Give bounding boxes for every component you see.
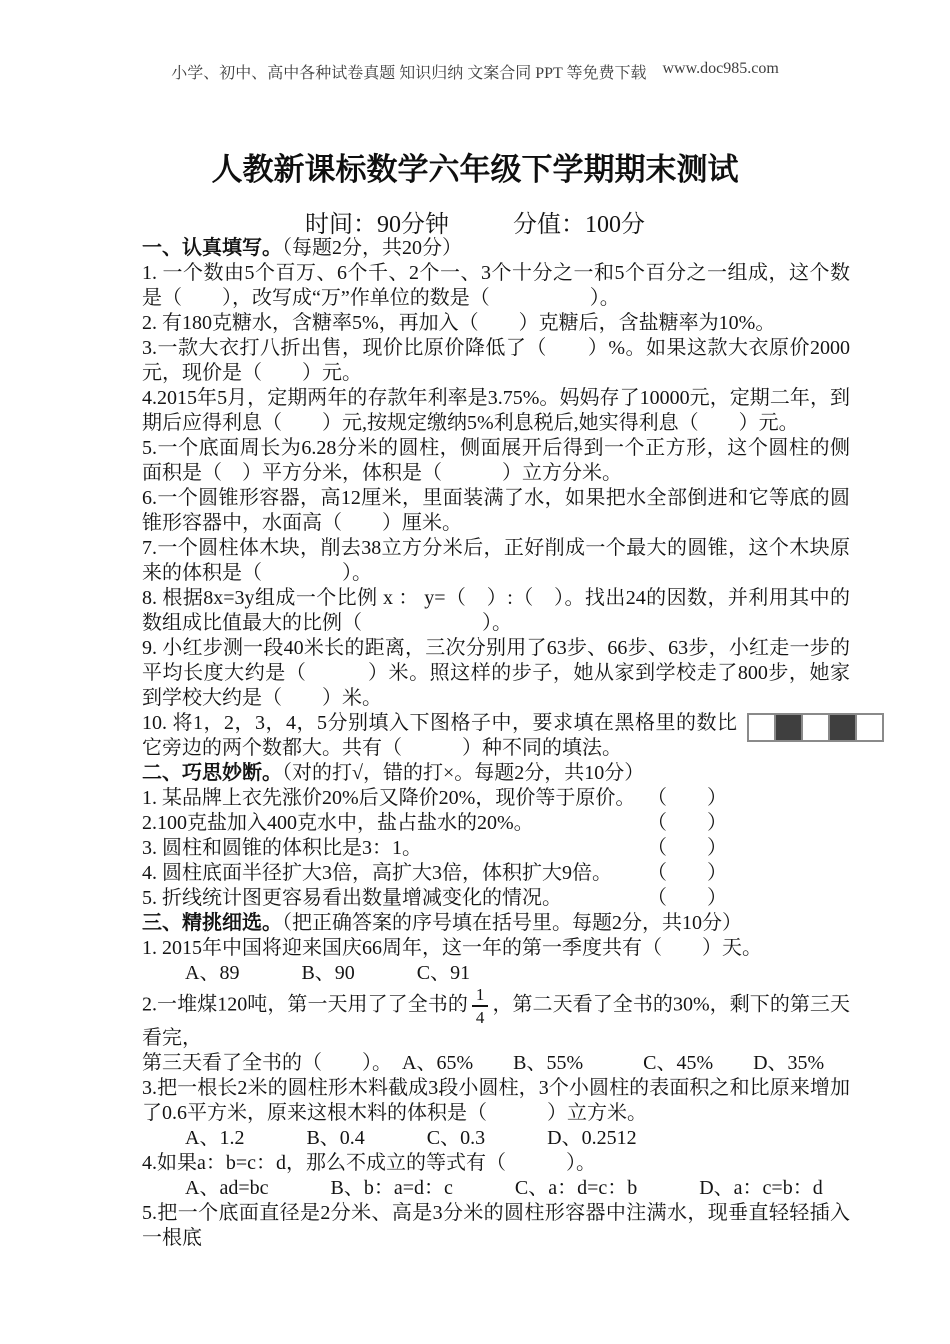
- section-2-heading: 二、巧思妙断。（对的打√，错的打×。每题2分，共10分）: [142, 761, 850, 786]
- option-b: B、b：a=d：c: [330, 1176, 452, 1201]
- tf-item-5-text: 5. 折线统计图更容易看出数量增减变化的情况。: [142, 887, 562, 909]
- tf-item-1-text: 1. 某品牌上衣先涨价20%后又降价20%，现价等于原价。: [142, 787, 635, 809]
- number-grid: [747, 713, 884, 742]
- grid-cell-dark: [776, 715, 803, 740]
- fraction-one-quarter: 14: [472, 986, 489, 1026]
- grid-cell-dark: [830, 715, 857, 740]
- question-1-6: 6.一个圆锥形容器，高12厘米，里面装满了水，如果把水全部倒进和它等底的圆锥形容…: [142, 486, 850, 536]
- section-2-heading-note: （对的打√，错的打×。每题2分，共10分）: [282, 762, 644, 784]
- option-b: B、0.4: [306, 1126, 364, 1151]
- option-a: A、1.2: [185, 1126, 244, 1151]
- section-3-heading-note: （把正确答案的序号填在括号里。每题2分，共10分）: [282, 912, 742, 934]
- choice-question-2: 2.一堆煤120吨，第一天用了了全书的14，第二天看了全书的30%，剩下的第三天…: [142, 986, 850, 1051]
- tf-item-5: 5. 折线统计图更容易看出数量增减变化的情况。（ ）: [142, 886, 850, 911]
- question-1-5: 5.一个底面周长为6.28分米的圆柱，侧面展开后得到一个正方形，这个圆柱的侧面积…: [142, 436, 850, 486]
- section-2-heading-label: 二、巧思妙断。: [142, 762, 282, 784]
- fraction-denominator: 4: [476, 1007, 485, 1026]
- fraction-numerator: 1: [472, 986, 489, 1007]
- header-watermark: 小学、初中、高中各种试卷真题 知识归纳 文案合同 PPT 等免费下载 www.d…: [0, 60, 950, 83]
- choice-question-2-text-before: 2.一堆煤120吨，第一天用了了全书的: [142, 994, 468, 1016]
- grid-cell-light: [749, 715, 776, 740]
- section-3-heading: 三、精挑细选。（把正确答案的序号填在括号里。每题2分，共10分）: [142, 911, 850, 936]
- choice-question-5: 5.把一个底面直径是2分米、高是3分米的圆柱形容器中注满水，现垂直轻轻插入一根底: [142, 1201, 850, 1251]
- exam-body: 一、认真填写。（每题2分，共20分） 1. 一个数由5个百万、6个千、2个一、3…: [142, 236, 850, 1251]
- question-1-4: 4.2015年5月，定期两年的存款年利率是3.75%。妈妈存了10000元，定期…: [142, 386, 850, 436]
- choice-question-2-bracket-text: 第三天看了全书的（ ）。: [142, 1052, 382, 1074]
- tf-item-1-answer-bracket: （ ）: [647, 786, 727, 811]
- tf-item-3-answer-bracket: （ ）: [647, 836, 727, 861]
- section-1-heading-label: 一、认真填写。: [142, 237, 282, 259]
- tf-item-5-answer-bracket: （ ）: [647, 886, 727, 911]
- option-d: D、0.2512: [547, 1126, 636, 1151]
- tf-item-4-answer-bracket: （ ）: [647, 861, 727, 886]
- grid-cell-light: [803, 715, 830, 740]
- tf-item-2: 2.100克盐加入400克水中，盐占盐水的20%。（ ）: [142, 811, 850, 836]
- option-c: C、a：d=c：b: [515, 1176, 637, 1201]
- watermark-text: 小学、初中、高中各种试卷真题 知识归纳 文案合同 PPT 等免费下载: [171, 60, 646, 83]
- option-a: A、65%: [402, 1052, 473, 1074]
- watermark-site-url: www.doc985.com: [663, 60, 779, 83]
- exam-time: 时间：90分钟: [305, 204, 449, 239]
- choice-question-1-options: A、89B、90C、91: [142, 961, 850, 986]
- question-1-8: 8. 根据8x=3y组成一个比例 x ： y=（ ）:（ ）。找出24的因数，并…: [142, 586, 850, 636]
- tf-item-2-text: 2.100克盐加入400克水中，盐占盐水的20%。: [142, 812, 534, 834]
- option-c: C、45%: [643, 1052, 713, 1074]
- option-b: B、55%: [513, 1052, 583, 1074]
- option-d: D、a：c=b：d: [699, 1176, 822, 1201]
- choice-question-3-options: A、1.2B、0.4C、0.3D、0.2512: [142, 1126, 850, 1151]
- exam-paper-page: 小学、初中、高中各种试卷真题 知识归纳 文案合同 PPT 等免费下载 www.d…: [0, 0, 950, 1344]
- question-1-10-text: 10. 将1，2，3，4，5分别填入下图格子中，要求填在黑格里的数比它旁边的两个…: [142, 712, 737, 759]
- grid-cell-light: [857, 715, 882, 740]
- choice-question-4: 4.如果a：b=c：d，那么不成立的等式有（ ）。: [142, 1151, 850, 1176]
- option-a: A、89: [185, 961, 239, 986]
- tf-item-1: 1. 某品牌上衣先涨价20%后又降价20%，现价等于原价。（ ）: [142, 786, 850, 811]
- section-3-heading-label: 三、精挑细选。: [142, 912, 282, 934]
- page-title: 人教新课标数学六年级下学期期末测试: [0, 144, 950, 189]
- tf-item-3: 3. 圆柱和圆锥的体积比是3：1。（ ）: [142, 836, 850, 861]
- tf-item-3-text: 3. 圆柱和圆锥的体积比是3：1。: [142, 837, 422, 859]
- question-1-9: 9. 小红步测一段40米长的距离，三次分别用了63步、66步、63步，小红走一步…: [142, 636, 850, 711]
- exam-score: 分值：100分: [513, 204, 645, 239]
- section-1-heading: 一、认真填写。（每题2分，共20分）: [142, 236, 850, 261]
- tf-item-4-text: 4. 圆柱底面半径扩大3倍，高扩大3倍，体积扩大9倍。: [142, 862, 612, 884]
- option-c: C、91: [417, 961, 470, 986]
- option-b: B、90: [301, 961, 354, 986]
- question-1-7: 7.一个圆柱体木块，削去38立方分米后，正好削成一个最大的圆锥，这个木块原来的体…: [142, 536, 850, 586]
- tf-item-4: 4. 圆柱底面半径扩大3倍，高扩大3倍，体积扩大9倍。（ ）: [142, 861, 850, 886]
- question-1-1: 1. 一个数由5个百万、6个千、2个一、3个十分之一和5个百分之一组成，这个数是…: [142, 261, 850, 311]
- option-d: D、35%: [753, 1052, 824, 1074]
- question-1-10: 10. 将1，2，3，4，5分别填入下图格子中，要求填在黑格里的数比它旁边的两个…: [142, 711, 850, 761]
- choice-question-3: 3.把一根长2米的圆柱形木料截成3段小圆柱，3个小圆柱的表面积之和比原来增加了0…: [142, 1076, 850, 1126]
- choice-question-4-options: A、ad=bcB、b：a=d：cC、a：d=c：bD、a：c=b：d: [142, 1176, 850, 1201]
- option-c: C、0.3: [427, 1126, 485, 1151]
- choice-question-2-continued: 第三天看了全书的（ ）。 A、65% B、55% C、45% D、35%: [142, 1051, 850, 1076]
- section-1-heading-note: （每题2分，共20分）: [282, 237, 462, 259]
- tf-item-2-answer-bracket: （ ）: [647, 811, 727, 836]
- question-1-3: 3.一款大衣打八折出售，现价比原价降低了（ ）%。如果这款大衣原价2000元，现…: [142, 336, 850, 386]
- choice-question-1: 1. 2015年中国将迎来国庆66周年，这一年的第一季度共有（ ）天。: [142, 936, 850, 961]
- option-a: A、ad=bc: [185, 1176, 268, 1201]
- question-1-2: 2. 有180克糖水，含糖率5%，再加入（ ）克糖后，含盐糖率为10%。: [142, 311, 850, 336]
- exam-meta: 时间：90分钟 分值：100分: [0, 204, 950, 239]
